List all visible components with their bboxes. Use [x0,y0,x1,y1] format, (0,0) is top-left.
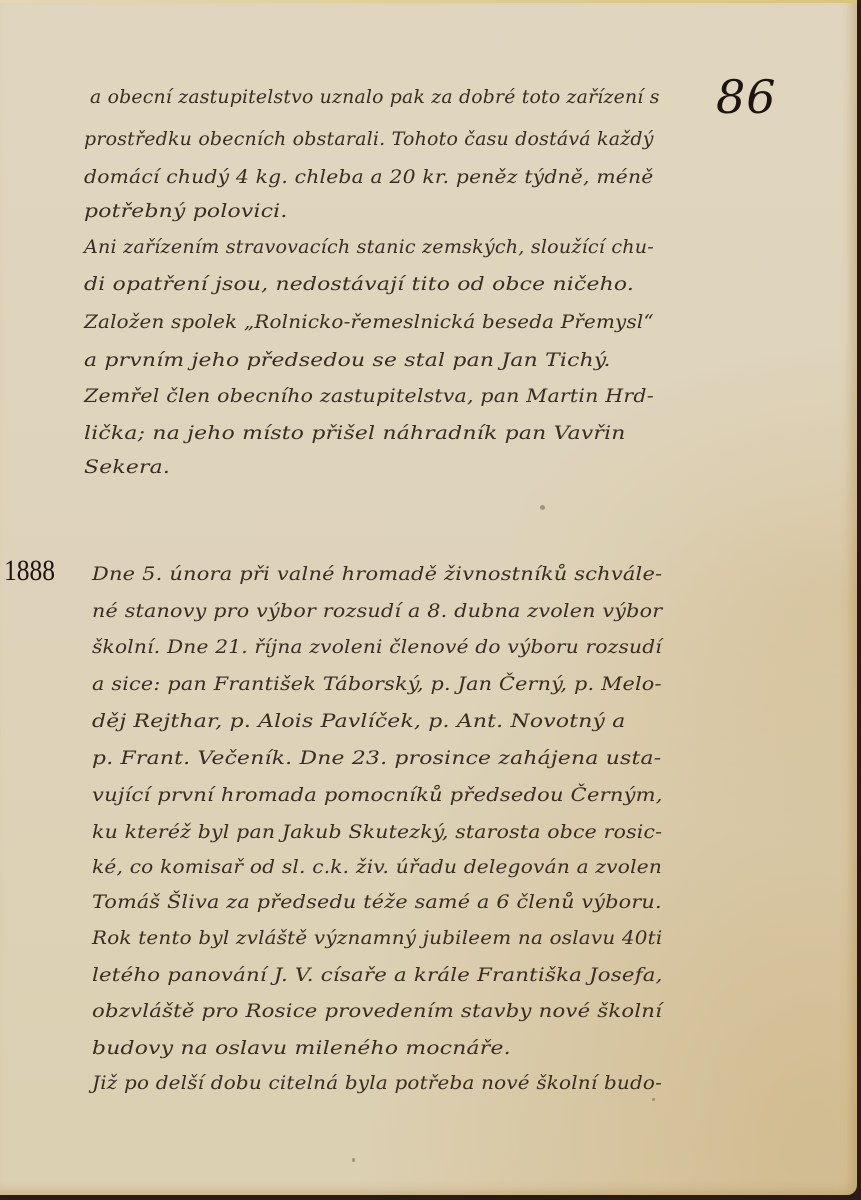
text-line: Dne 5. února při valné hromadě živnostní… [92,563,662,585]
text-line: Tomáš Šliva za předsedu téže samé a 6 čl… [92,891,662,913]
text-line: Rok tento byl zvláště významný jubileem … [92,927,662,949]
text-line: di opatření jsou, nedostávají tito od ob… [84,273,634,295]
text-line: p. Frant. Večeník. Dne 23. prosince zahá… [92,747,661,769]
text-line: vující první hromada pomocníků předsedou… [92,784,663,806]
year-margin-label: 1888 [4,554,55,588]
text-line: letého panování J. V. císaře a krále Fra… [92,964,663,986]
ink-spot [652,1098,655,1101]
page-top-edge [0,0,857,3]
text-line: a obecní zastupitelstvo uznalo pak za do… [90,86,660,108]
text-line: lička; na jeho místo přišel náhradník pa… [84,422,626,444]
page-number: 86 [716,70,777,124]
text-line: Zemřel člen obecního zastupitelstva, pan… [84,385,654,407]
ink-spot [540,505,545,510]
text-line: a prvním jeho předsedou se stal pan Jan … [84,349,611,371]
text-line: domácí chudý 4 kg. chleba a 20 kr. peněz… [84,166,653,188]
text-line: školní. Dne 21. října zvoleni členové do… [92,636,662,658]
text-line: budovy na oslavu mileného mocnáře. [92,1037,511,1059]
ink-spot [352,1158,355,1162]
text-line: obzvláště pro Rosice provedením stavby n… [92,1000,662,1022]
text-line: potřebný polovici. [84,200,288,222]
text-line: děj Rejthar, p. Alois Pavlíček, p. Ant. … [92,710,626,732]
manuscript-page: 86 a obecní zastupitelstvo uznalo pak za… [0,0,857,1195]
text-line: Ani zařízením stravovacích stanic zemský… [84,236,654,258]
text-line: Sekera. [84,456,170,478]
text-line: Již po delší dobu citelná byla potřeba n… [92,1072,662,1094]
text-line: ké, co komisař od sl. c.k. živ. úřadu de… [92,856,662,878]
text-line: a sice: pan František Táborský, p. Jan Č… [92,673,662,695]
text-line: Založen spolek „Rolnicko-řemeslnická bes… [84,311,654,333]
text-line: né stanovy pro výbor rozsudí a 8. dubna … [92,600,662,622]
text-line: ku kteréž byl pan Jakub Skutezký, staros… [92,821,662,843]
text-line: prostředku obecních obstarali. Tohoto ča… [84,128,654,150]
